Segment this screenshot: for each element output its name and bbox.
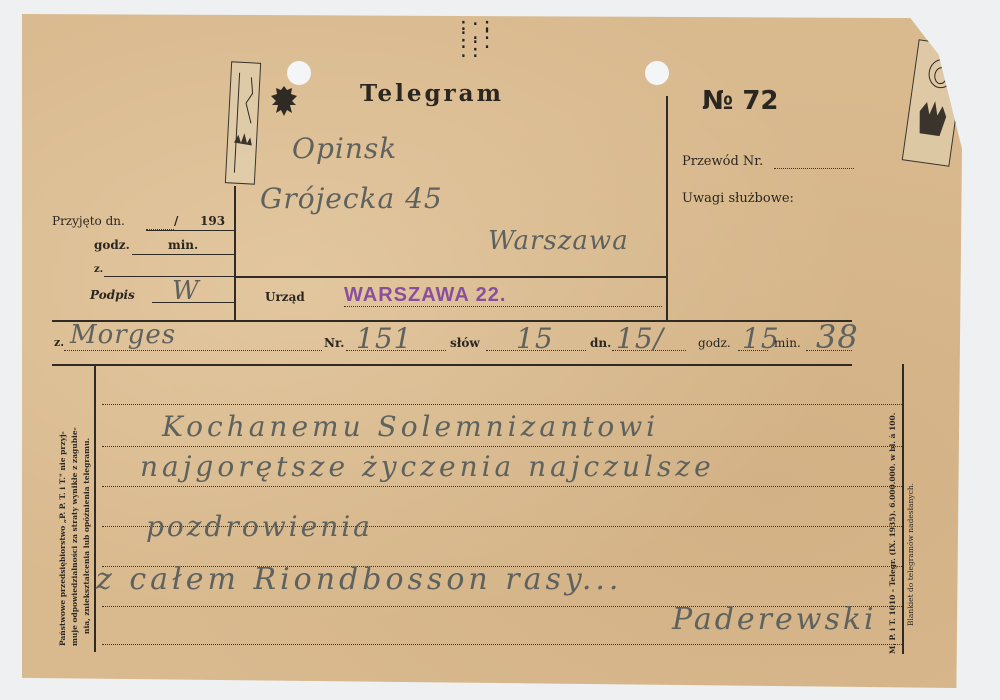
origin-z-label: z. xyxy=(54,336,64,349)
perforation-marks: :·:·.::·..: xyxy=(458,20,494,56)
revenue-stamp-right xyxy=(902,39,967,166)
message-line-3[interactable] xyxy=(102,486,902,487)
origin-field[interactable] xyxy=(64,350,322,351)
min-row-label: min. xyxy=(774,336,801,350)
left-margin-line-1: Państwowe przedsiębiorstwo „P. P. T. i T… xyxy=(58,431,67,646)
przyjeto-separator: / xyxy=(174,214,178,228)
dn-value: 15/ xyxy=(616,322,664,355)
urzad-stamp: WARSZAWA 22. xyxy=(344,284,506,307)
telegram-number: № 72 xyxy=(702,86,779,116)
slow-label: słów xyxy=(450,336,480,350)
form-title: Telegram xyxy=(360,80,504,107)
uwagi-label: Uwagi służbowe: xyxy=(682,191,794,206)
eagle-emblem-icon xyxy=(269,84,299,118)
posthorn-eagle-icon xyxy=(903,40,965,165)
revenue-stamp-left xyxy=(225,61,261,184)
left-margin-line-3: nia, zniekształcenia lub opóźnienia tele… xyxy=(82,438,91,634)
right-margin-line-1: M. P. i T. 1010 - Telegr. (IX. 1935). 6.… xyxy=(888,413,897,654)
nr-label: Nr. xyxy=(324,336,344,350)
header-row-bottom-rule xyxy=(52,364,852,366)
min-row-value: 38 xyxy=(816,318,859,356)
przewod-field[interactable] xyxy=(774,168,854,169)
podpis-initial: W xyxy=(172,276,200,306)
przewod-label: Przewód Nr. xyxy=(682,154,763,169)
z-label: z. xyxy=(94,264,103,275)
godz-row-label: godz. xyxy=(698,336,731,350)
message-line-1[interactable] xyxy=(102,404,902,405)
left-margin-rule xyxy=(94,366,96,652)
godz-underline xyxy=(132,254,234,255)
podpis-label: Podpis xyxy=(90,288,135,302)
eagle-stamp-icon xyxy=(226,62,260,183)
right-margin-line-2: Blankiet do telegramów nadesłanych. xyxy=(906,483,915,626)
slow-value: 15 xyxy=(516,322,554,355)
message-text-4: z całem Riondbosson rasy... xyxy=(96,562,622,597)
address-line-3: Warszawa xyxy=(488,226,629,256)
godz-label: godz. xyxy=(94,238,130,252)
message-line-7[interactable] xyxy=(102,644,902,645)
przyjeto-label: Przyjęto dn. xyxy=(52,214,125,228)
divider-vertical-right xyxy=(666,96,668,322)
address-line-2: Grójecka 45 xyxy=(260,182,443,215)
urzad-label: Urząd xyxy=(265,290,305,304)
origin-value: Morges xyxy=(70,320,176,350)
z-underline xyxy=(104,276,234,277)
message-text-2: najgorętsze życzenia najczulsze xyxy=(140,450,715,483)
address-line-1: Opinsk xyxy=(292,132,397,165)
nr-value: 151 xyxy=(356,322,412,355)
urzad-top-rule xyxy=(234,276,666,278)
message-line-2[interactable] xyxy=(102,446,902,447)
dn-label: dn. xyxy=(590,336,611,350)
message-text-1: Kochanemu Solemnizantowi xyxy=(162,410,659,443)
right-margin-rule xyxy=(902,364,904,654)
min-label: min. xyxy=(168,238,198,252)
message-text-3: pozdrowienia xyxy=(146,510,373,543)
divider-vertical-left xyxy=(234,186,236,322)
telegram-form: :·:·.::·..: Telegram № 72 Przewód Nr. Uw… xyxy=(22,14,962,688)
przyjeto-year: 193 xyxy=(200,214,225,228)
punch-hole-right xyxy=(645,61,669,85)
punch-hole-left xyxy=(287,61,311,85)
signature: Paderewski xyxy=(672,602,877,637)
left-margin-line-2: muje odpowiedzialności za straty wynikłe… xyxy=(70,427,79,646)
przyjeto-underline xyxy=(146,230,234,231)
